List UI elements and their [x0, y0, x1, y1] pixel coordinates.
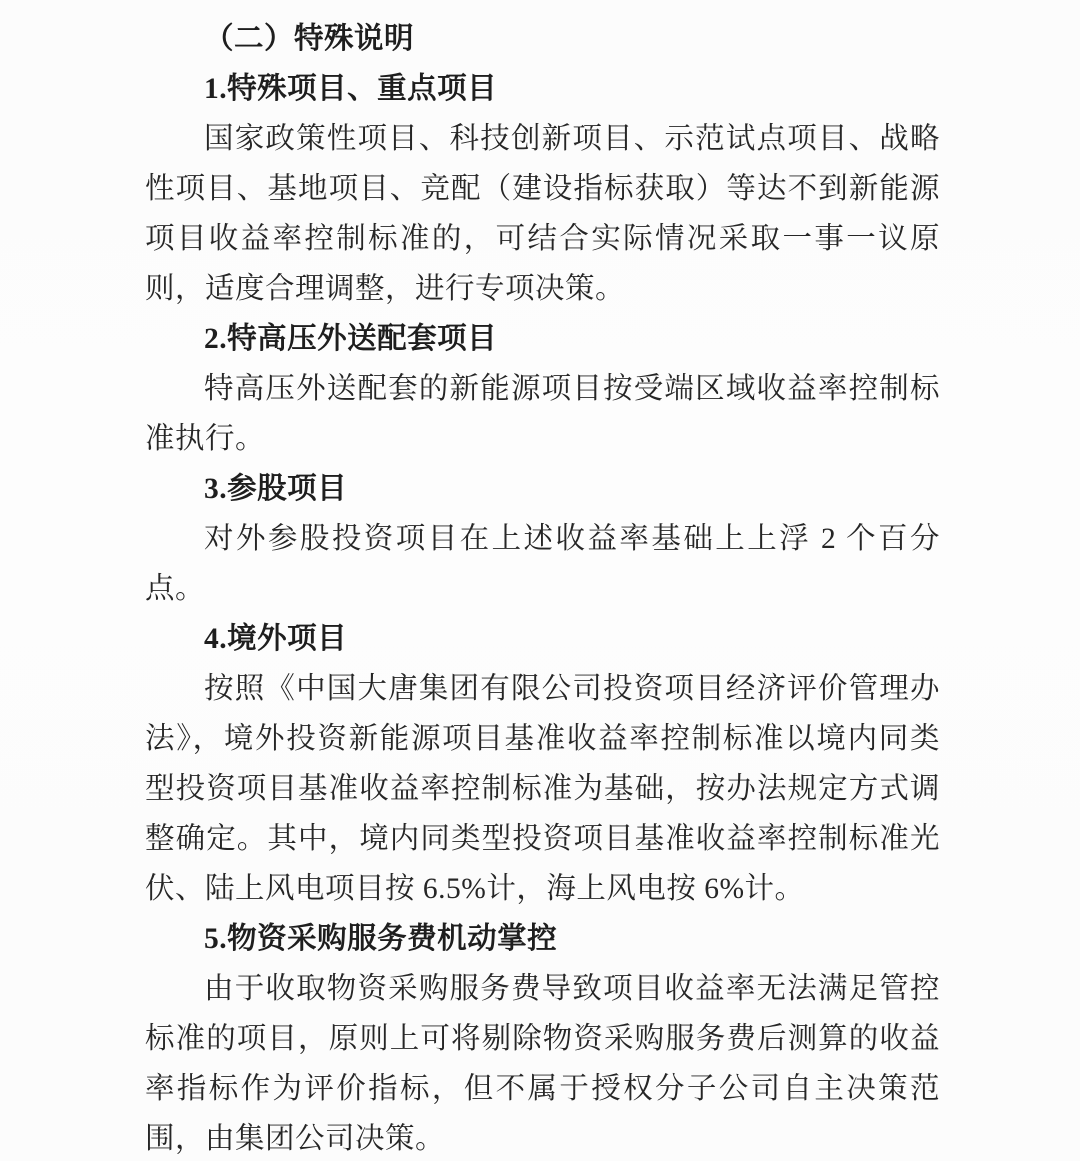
section-overseas-projects: 4.境外项目 按照《中国大唐集团有限公司投资项目经济评价管理办法》，境外投资新能… — [145, 614, 940, 914]
section-title: 4.境外项目 — [145, 614, 940, 664]
section-title: 5.物资采购服务费机动掌控 — [145, 914, 940, 964]
section-paragraph: 由于收取物资采购服务费导致项目收益率无法满足管控标准的项目，原则上可将剔除物资采… — [145, 964, 940, 1161]
section-title: 1.特殊项目、重点项目 — [145, 64, 940, 114]
section-paragraph: 国家政策性项目、科技创新项目、示范试点项目、战略性项目、基地项目、竞配（建设指标… — [145, 114, 940, 314]
section-paragraph: 对外参股投资项目在上述收益率基础上上浮 2 个百分点。 — [145, 514, 940, 614]
section-special-key-projects: 1.特殊项目、重点项目 国家政策性项目、科技创新项目、示范试点项目、战略性项目、… — [145, 64, 940, 314]
section-uhv-transmission-projects: 2.特高压外送配套项目 特高压外送配套的新能源项目按受端区域收益率控制标准执行。 — [145, 314, 940, 464]
section-paragraph: 特高压外送配套的新能源项目按受端区域收益率控制标准执行。 — [145, 364, 940, 464]
section-procurement-service-fee-control: 5.物资采购服务费机动掌控 由于收取物资采购服务费导致项目收益率无法满足管控标准… — [145, 914, 940, 1161]
document-page: （二）特殊说明 1.特殊项目、重点项目 国家政策性项目、科技创新项目、示范试点项… — [0, 0, 1080, 1161]
section-title: 3.参股项目 — [145, 464, 940, 514]
section-paragraph: 按照《中国大唐集团有限公司投资项目经济评价管理办法》，境外投资新能源项目基准收益… — [145, 664, 940, 914]
section-equity-participation-projects: 3.参股项目 对外参股投资项目在上述收益率基础上上浮 2 个百分点。 — [145, 464, 940, 614]
doc-heading: （二）特殊说明 — [145, 14, 940, 64]
section-title: 2.特高压外送配套项目 — [145, 314, 940, 364]
